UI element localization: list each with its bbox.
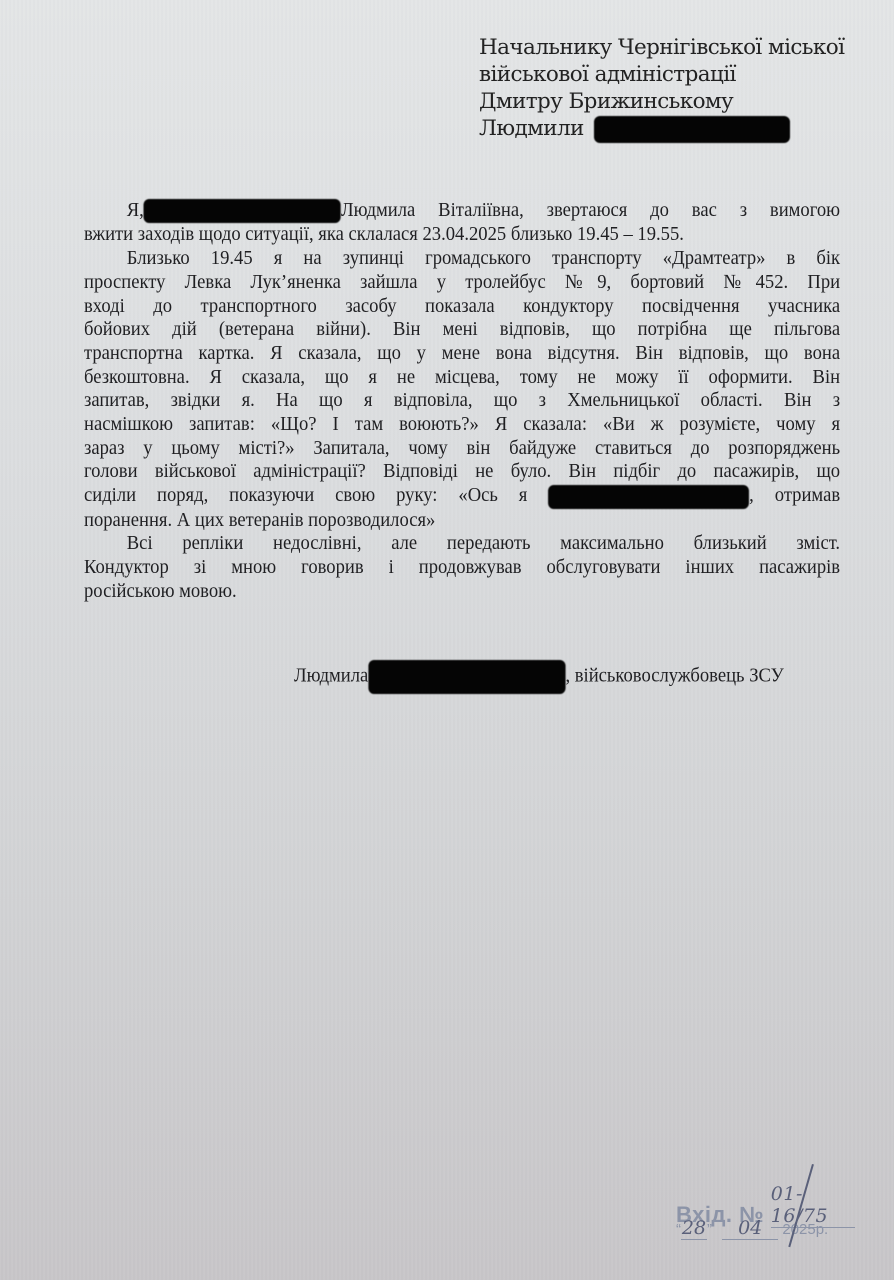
stamp-year: 2025	[782, 1221, 815, 1238]
addressee-line: Начальнику Чернігівської міської	[479, 34, 844, 61]
body-line: Всі репліки недослівні, але передають ма…	[84, 532, 840, 556]
stamp-date-line: “28” 04 2025р.	[676, 1217, 828, 1240]
addressee-line: військової адміністрації	[479, 61, 844, 88]
redaction-bar	[548, 485, 749, 509]
redaction-bar	[368, 660, 565, 694]
sender-first-name: Людмили	[479, 116, 584, 141]
addressee-line: Дмитру Брижинському	[479, 88, 844, 115]
body-line: Кондуктор зі мною говорив і продовжував …	[84, 556, 840, 580]
body-line: транспортна картка. Я сказала, що у мене…	[84, 342, 840, 366]
body-line: проспекту Левка Лук’яненка зайшла у трол…	[84, 271, 840, 295]
body-line: безкоштовна. Я сказала, що я не місцева,…	[84, 366, 840, 390]
body-line: вході до транспортного засобу показала к…	[84, 295, 840, 319]
letter-body: Я,Людмила Віталіївна, звертаюся до вас з…	[84, 199, 840, 603]
signature-title: , військовослужбовець ЗСУ	[565, 665, 783, 687]
body-line: голови військової адміністрації? Відпові…	[84, 460, 840, 484]
body-line: Я,Людмила Віталіївна, звертаюся до вас з…	[84, 199, 840, 223]
signature-first-name: Людмила	[294, 665, 368, 687]
body-line: Близько 19.45 я на зупинці громадського …	[84, 247, 840, 271]
body-line: вжити заходів щодо ситуації, яка склалас…	[84, 223, 840, 247]
addressee-sender-line: Людмили	[479, 115, 844, 143]
body-line: запитав, звідки я. На що я відповіла, що…	[84, 389, 840, 413]
body-line: насмішкою запитав: «Що? І там воюють?» Я…	[84, 413, 840, 437]
body-line: зараз у цьому місті?» Запитала, чому він…	[84, 437, 840, 461]
body-line: бойових дій (ветерана війни). Він мені в…	[84, 318, 840, 342]
paper-background	[0, 0, 894, 1280]
body-line: сиділи поряд, показуючи свою руку: «Ось …	[84, 484, 840, 508]
signature-line: Людмила, військовослужбовець ЗСУ	[294, 660, 784, 694]
body-line: поранення. А цих ветеранів порозводилося…	[84, 509, 840, 533]
redaction-bar	[144, 199, 341, 223]
body-line: російською мовою.	[84, 580, 840, 604]
addressee-block: Начальнику Чернігівської міської військо…	[479, 34, 844, 143]
stamp-day: 28	[681, 1217, 707, 1240]
redaction-bar	[594, 116, 790, 143]
stamp-month: 04	[722, 1217, 778, 1240]
